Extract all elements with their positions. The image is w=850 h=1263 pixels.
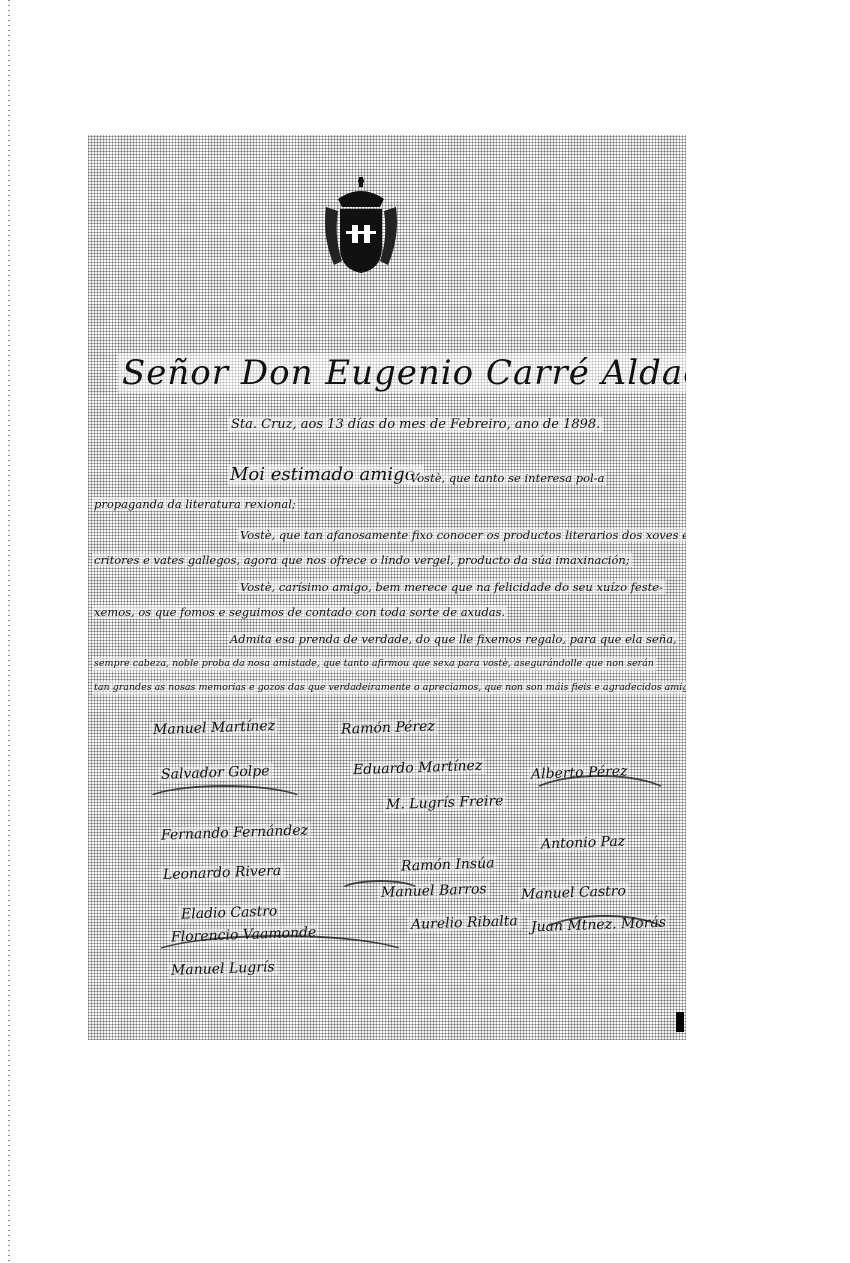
- signature: Manuel Martínez: [150, 718, 279, 738]
- letter-document: Señor Don Eugenio Carré Aldao. Sta. Cruz…: [88, 135, 686, 1040]
- scan-edge-left: [8, 0, 10, 1263]
- letter-body-line: Vostè, carísimo amigo, bem merece que na…: [238, 580, 665, 594]
- signature: Manuel Castro: [518, 883, 629, 903]
- signature: Leonardo Rivera: [160, 863, 285, 883]
- signature: Fernando Fernández: [158, 822, 312, 843]
- letter-body-line: xemos, os que fomos e seguimos de contad…: [92, 605, 507, 619]
- letter-body-line: critores e vates gallegos, agora que nos…: [92, 553, 632, 567]
- signature-flourish: [528, 775, 672, 819]
- letter-salutation: Señor Don Eugenio Carré Aldao.: [118, 353, 686, 393]
- coat-of-arms-icon: [316, 177, 406, 277]
- signature: Antonio Paz: [538, 833, 629, 852]
- signature: Ramón Pérez: [338, 718, 438, 737]
- letter-body-line: Vostè, que tanto se interesa pol-a: [408, 471, 606, 485]
- letter-body-line: Admita esa prenda de verdade, do que lle…: [228, 632, 679, 646]
- letter-body-line: propaganda da literatura rexional;: [92, 497, 298, 511]
- signature-flourish: [148, 935, 412, 979]
- signature: Eladio Castro: [178, 903, 281, 923]
- letter-place-date: Sta. Cruz, aos 13 días do mes de Febreir…: [228, 417, 603, 432]
- signature: Eduardo Martínez: [350, 758, 486, 779]
- signature: Salvador Golpe: [158, 763, 273, 783]
- signature-flourish: [143, 785, 307, 819]
- letter-body-line: tan grandes as nosas memorias e gozos da…: [92, 681, 686, 695]
- letter-opening: Moi estimado amigo:: [228, 465, 424, 485]
- letter-body-line: sempre cabeza, noble proba da nosa amist…: [92, 657, 656, 671]
- signature: Aurelio Ribalta: [408, 913, 521, 933]
- signature: Ramón Insúa: [398, 855, 498, 874]
- letter-body-line: Vostè, que tan afanosamente fixo conocer…: [238, 528, 686, 542]
- signature-flourish: [338, 880, 422, 904]
- signature: M. Lugrís Freire: [383, 793, 507, 813]
- signature-flourish: [538, 915, 672, 959]
- scan-corner-mark: [676, 1012, 684, 1032]
